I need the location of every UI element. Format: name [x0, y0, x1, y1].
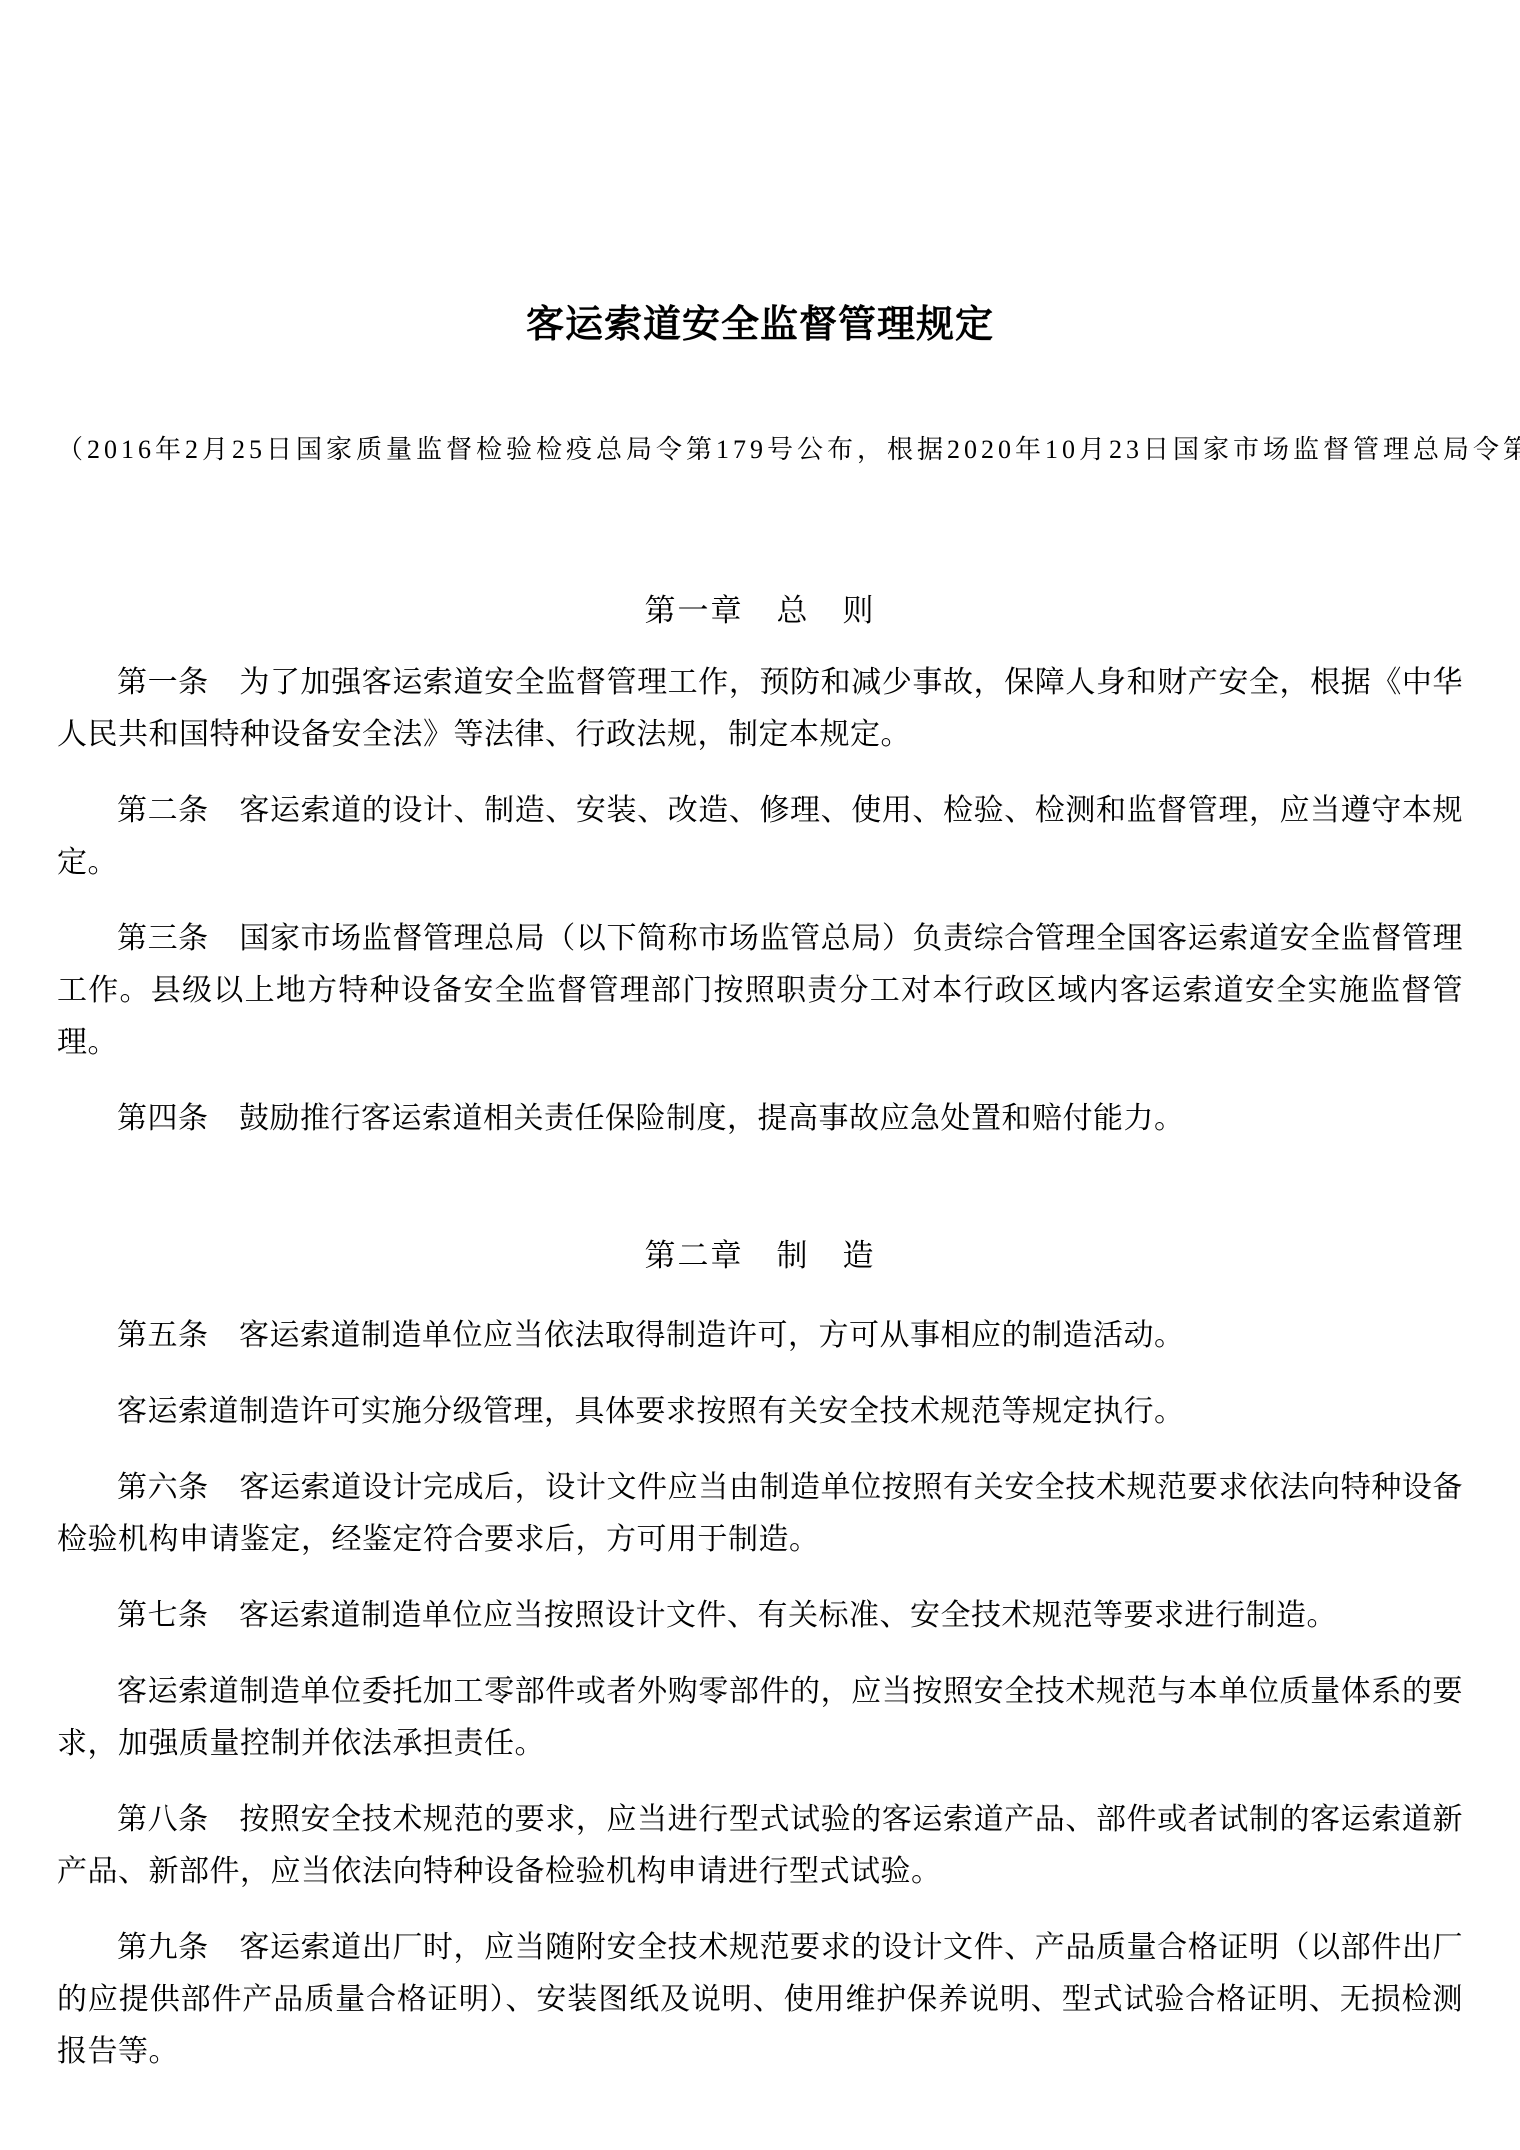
article-paragraph: 第三条 国家市场监督管理总局（以下简称市场监管总局）负责综合管理全国客运索道安全…	[57, 913, 1463, 1069]
article-paragraph: 客运索道制造单位委托加工零部件或者外购零部件的，应当按照安全技术规范与本单位质量…	[57, 1666, 1463, 1770]
chapter-2: 第二章 制 造 第五条 客运索道制造单位应当依法取得制造许可，方可从事相应的制造…	[57, 1230, 1463, 2078]
document-page: 客运索道安全监督管理规定 （2016年2月25日国家质量监督检验检疫总局令第17…	[0, 0, 1520, 2150]
article-paragraph: 第二条 客运索道的设计、制造、安装、改造、修理、使用、检验、检测和监督管理，应当…	[57, 785, 1463, 889]
document-subtitle: （2016年2月25日国家质量监督检验检疫总局令第179号公布，根据2020年1…	[57, 430, 1463, 470]
article-paragraph: 第八条 按照安全技术规范的要求，应当进行型式试验的客运索道产品、部件或者试制的客…	[57, 1794, 1463, 1898]
chapter-1-heading: 第一章 总 则	[57, 585, 1463, 637]
article-paragraph: 客运索道制造许可实施分级管理，具体要求按照有关安全技术规范等规定执行。	[57, 1386, 1463, 1438]
article-paragraph: 第四条 鼓励推行客运索道相关责任保险制度，提高事故应急处置和赔付能力。	[57, 1093, 1463, 1145]
article-paragraph: 第一条 为了加强客运索道安全监督管理工作，预防和减少事故，保障人身和财产安全，根…	[57, 657, 1463, 761]
article-paragraph: 第五条 客运索道制造单位应当依法取得制造许可，方可从事相应的制造活动。	[57, 1310, 1463, 1362]
article-paragraph: 第九条 客运索道出厂时，应当随附安全技术规范要求的设计文件、产品质量合格证明（以…	[57, 1922, 1463, 2078]
article-paragraph: 第六条 客运索道设计完成后，设计文件应当由制造单位按照有关安全技术规范要求依法向…	[57, 1462, 1463, 1566]
chapter-2-heading: 第二章 制 造	[57, 1230, 1463, 1282]
article-paragraph: 第七条 客运索道制造单位应当按照设计文件、有关标准、安全技术规范等要求进行制造。	[57, 1590, 1463, 1642]
chapter-1: 第一章 总 则 第一条 为了加强客运索道安全监督管理工作，预防和减少事故，保障人…	[57, 585, 1463, 1145]
document-title: 客运索道安全监督管理规定	[57, 0, 1463, 350]
